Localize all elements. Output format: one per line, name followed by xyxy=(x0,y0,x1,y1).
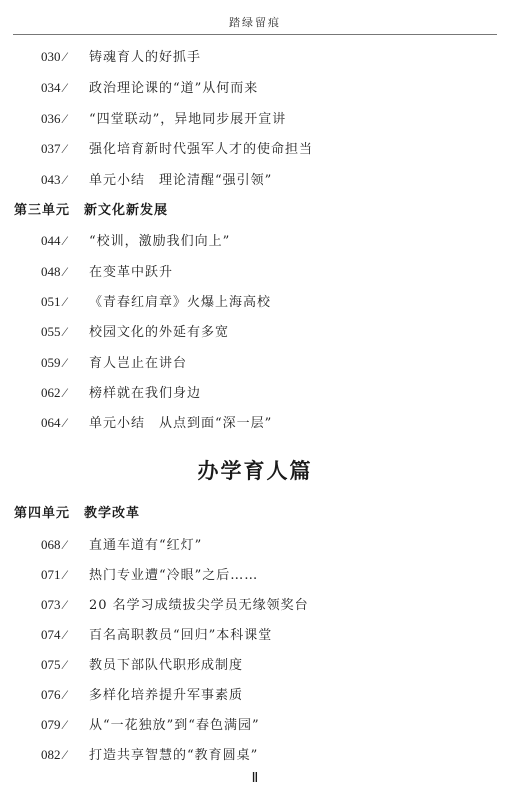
unit-heading: 第四单元教学改革 xyxy=(14,505,140,523)
page-number: 030 ⁄ xyxy=(41,48,89,66)
page-number: 076 ⁄ xyxy=(41,686,89,704)
toc-entry: 073 ⁄20 名学习成绩拔尖学员无缘领奖台 xyxy=(41,596,309,614)
page-number: 036 ⁄ xyxy=(41,110,89,128)
page-number: 037 ⁄ xyxy=(41,140,89,158)
page-number: 075 ⁄ xyxy=(41,656,89,674)
entry-title: 百名高职教员“回归”本科课堂 xyxy=(89,627,272,645)
toc-entry: 068 ⁄直通车道有“红灯” xyxy=(41,536,202,554)
entry-title: “校训，激励我们向上” xyxy=(89,233,230,251)
page-number: 073 ⁄ xyxy=(41,596,89,614)
page-number: 059 ⁄ xyxy=(41,354,89,372)
entry-title: 强化培育新时代强军人才的使命担当 xyxy=(89,141,313,159)
toc-entry: 076 ⁄多样化培养提升军事素质 xyxy=(41,686,243,704)
header-rule xyxy=(13,34,497,35)
unit-heading: 第三单元新文化新发展 xyxy=(14,202,168,220)
entry-title: 《青春红肩章》火爆上海高校 xyxy=(89,294,271,312)
page-number: 051 ⁄ xyxy=(41,293,89,311)
toc-entry: 055 ⁄校园文化的外延有多宽 xyxy=(41,323,229,341)
unit-label: 第三单元 xyxy=(14,203,70,218)
unit-title: 教学改革 xyxy=(84,506,140,521)
page-number: 071 ⁄ xyxy=(41,566,89,584)
entry-title: 直通车道有“红灯” xyxy=(89,537,202,555)
toc-entry: 037 ⁄强化培育新时代强军人才的使命担当 xyxy=(41,140,313,158)
toc-entry: 079 ⁄从“一花独放”到“春色满园” xyxy=(41,716,260,734)
toc-entry: 030 ⁄铸魂育人的好抓手 xyxy=(41,48,201,66)
toc-entry: 048 ⁄在变革中跃升 xyxy=(41,263,173,281)
part-title: 办学育人篇 xyxy=(0,455,510,485)
entry-title: 从“一花独放”到“春色满园” xyxy=(89,717,260,735)
entry-title: 榜样就在我们身边 xyxy=(89,385,201,403)
entry-title: 单元小结 从点到面“深一层” xyxy=(89,415,272,433)
running-head: 踏绿留痕 xyxy=(0,14,510,30)
entry-title: 多样化培养提升军事素质 xyxy=(89,687,243,705)
entry-title: 教员下部队代职形成制度 xyxy=(89,657,243,675)
toc-entry: 036 ⁄“四堂联动”，异地同步展开宣讲 xyxy=(41,110,286,128)
page-number: 055 ⁄ xyxy=(41,323,89,341)
page-number: 082 ⁄ xyxy=(41,746,89,764)
page-number: 074 ⁄ xyxy=(41,626,89,644)
entry-title: 打造共享智慧的“教育圆桌” xyxy=(89,747,258,765)
page-number: 062 ⁄ xyxy=(41,384,89,402)
entry-title: “四堂联动”，异地同步展开宣讲 xyxy=(89,111,286,129)
entry-title: 铸魂育人的好抓手 xyxy=(89,49,201,67)
entry-title: 在变革中跃升 xyxy=(89,264,173,282)
entry-title: 校园文化的外延有多宽 xyxy=(89,324,229,342)
toc-entry: 059 ⁄育人岂止在讲台 xyxy=(41,354,187,372)
entry-title: 政治理论课的“道”从何而来 xyxy=(89,80,258,98)
page-number: 079 ⁄ xyxy=(41,716,89,734)
page-number: 044 ⁄ xyxy=(41,232,89,250)
toc-entry: 062 ⁄榜样就在我们身边 xyxy=(41,384,201,402)
toc-entry: 034 ⁄政治理论课的“道”从何而来 xyxy=(41,79,258,97)
unit-title: 新文化新发展 xyxy=(84,203,168,218)
toc-entry: 071 ⁄热门专业遭“冷眼”之后…… xyxy=(41,566,258,584)
page-number: 068 ⁄ xyxy=(41,536,89,554)
entry-title: 热门专业遭“冷眼”之后…… xyxy=(89,567,258,585)
toc-entry: 082 ⁄打造共享智慧的“教育圆桌” xyxy=(41,746,258,764)
toc-entry: 044 ⁄“校训，激励我们向上” xyxy=(41,232,230,250)
entry-title: 20 名学习成绩拔尖学员无缘领奖台 xyxy=(89,597,309,615)
page-number: 043 ⁄ xyxy=(41,171,89,189)
toc-entry: 075 ⁄教员下部队代职形成制度 xyxy=(41,656,243,674)
page-number: 048 ⁄ xyxy=(41,263,89,281)
page-folio: Ⅱ xyxy=(0,770,510,787)
toc-entry: 051 ⁄《青春红肩章》火爆上海高校 xyxy=(41,293,271,311)
entry-title: 单元小结 理论清醒“强引领” xyxy=(89,172,272,190)
page-number: 064 ⁄ xyxy=(41,414,89,432)
toc-entry: 043 ⁄单元小结 理论清醒“强引领” xyxy=(41,171,272,189)
toc-entry: 074 ⁄百名高职教员“回归”本科课堂 xyxy=(41,626,272,644)
entry-title: 育人岂止在讲台 xyxy=(89,355,187,373)
unit-label: 第四单元 xyxy=(14,506,70,521)
page-number: 034 ⁄ xyxy=(41,79,89,97)
toc-entry: 064 ⁄单元小结 从点到面“深一层” xyxy=(41,414,272,432)
